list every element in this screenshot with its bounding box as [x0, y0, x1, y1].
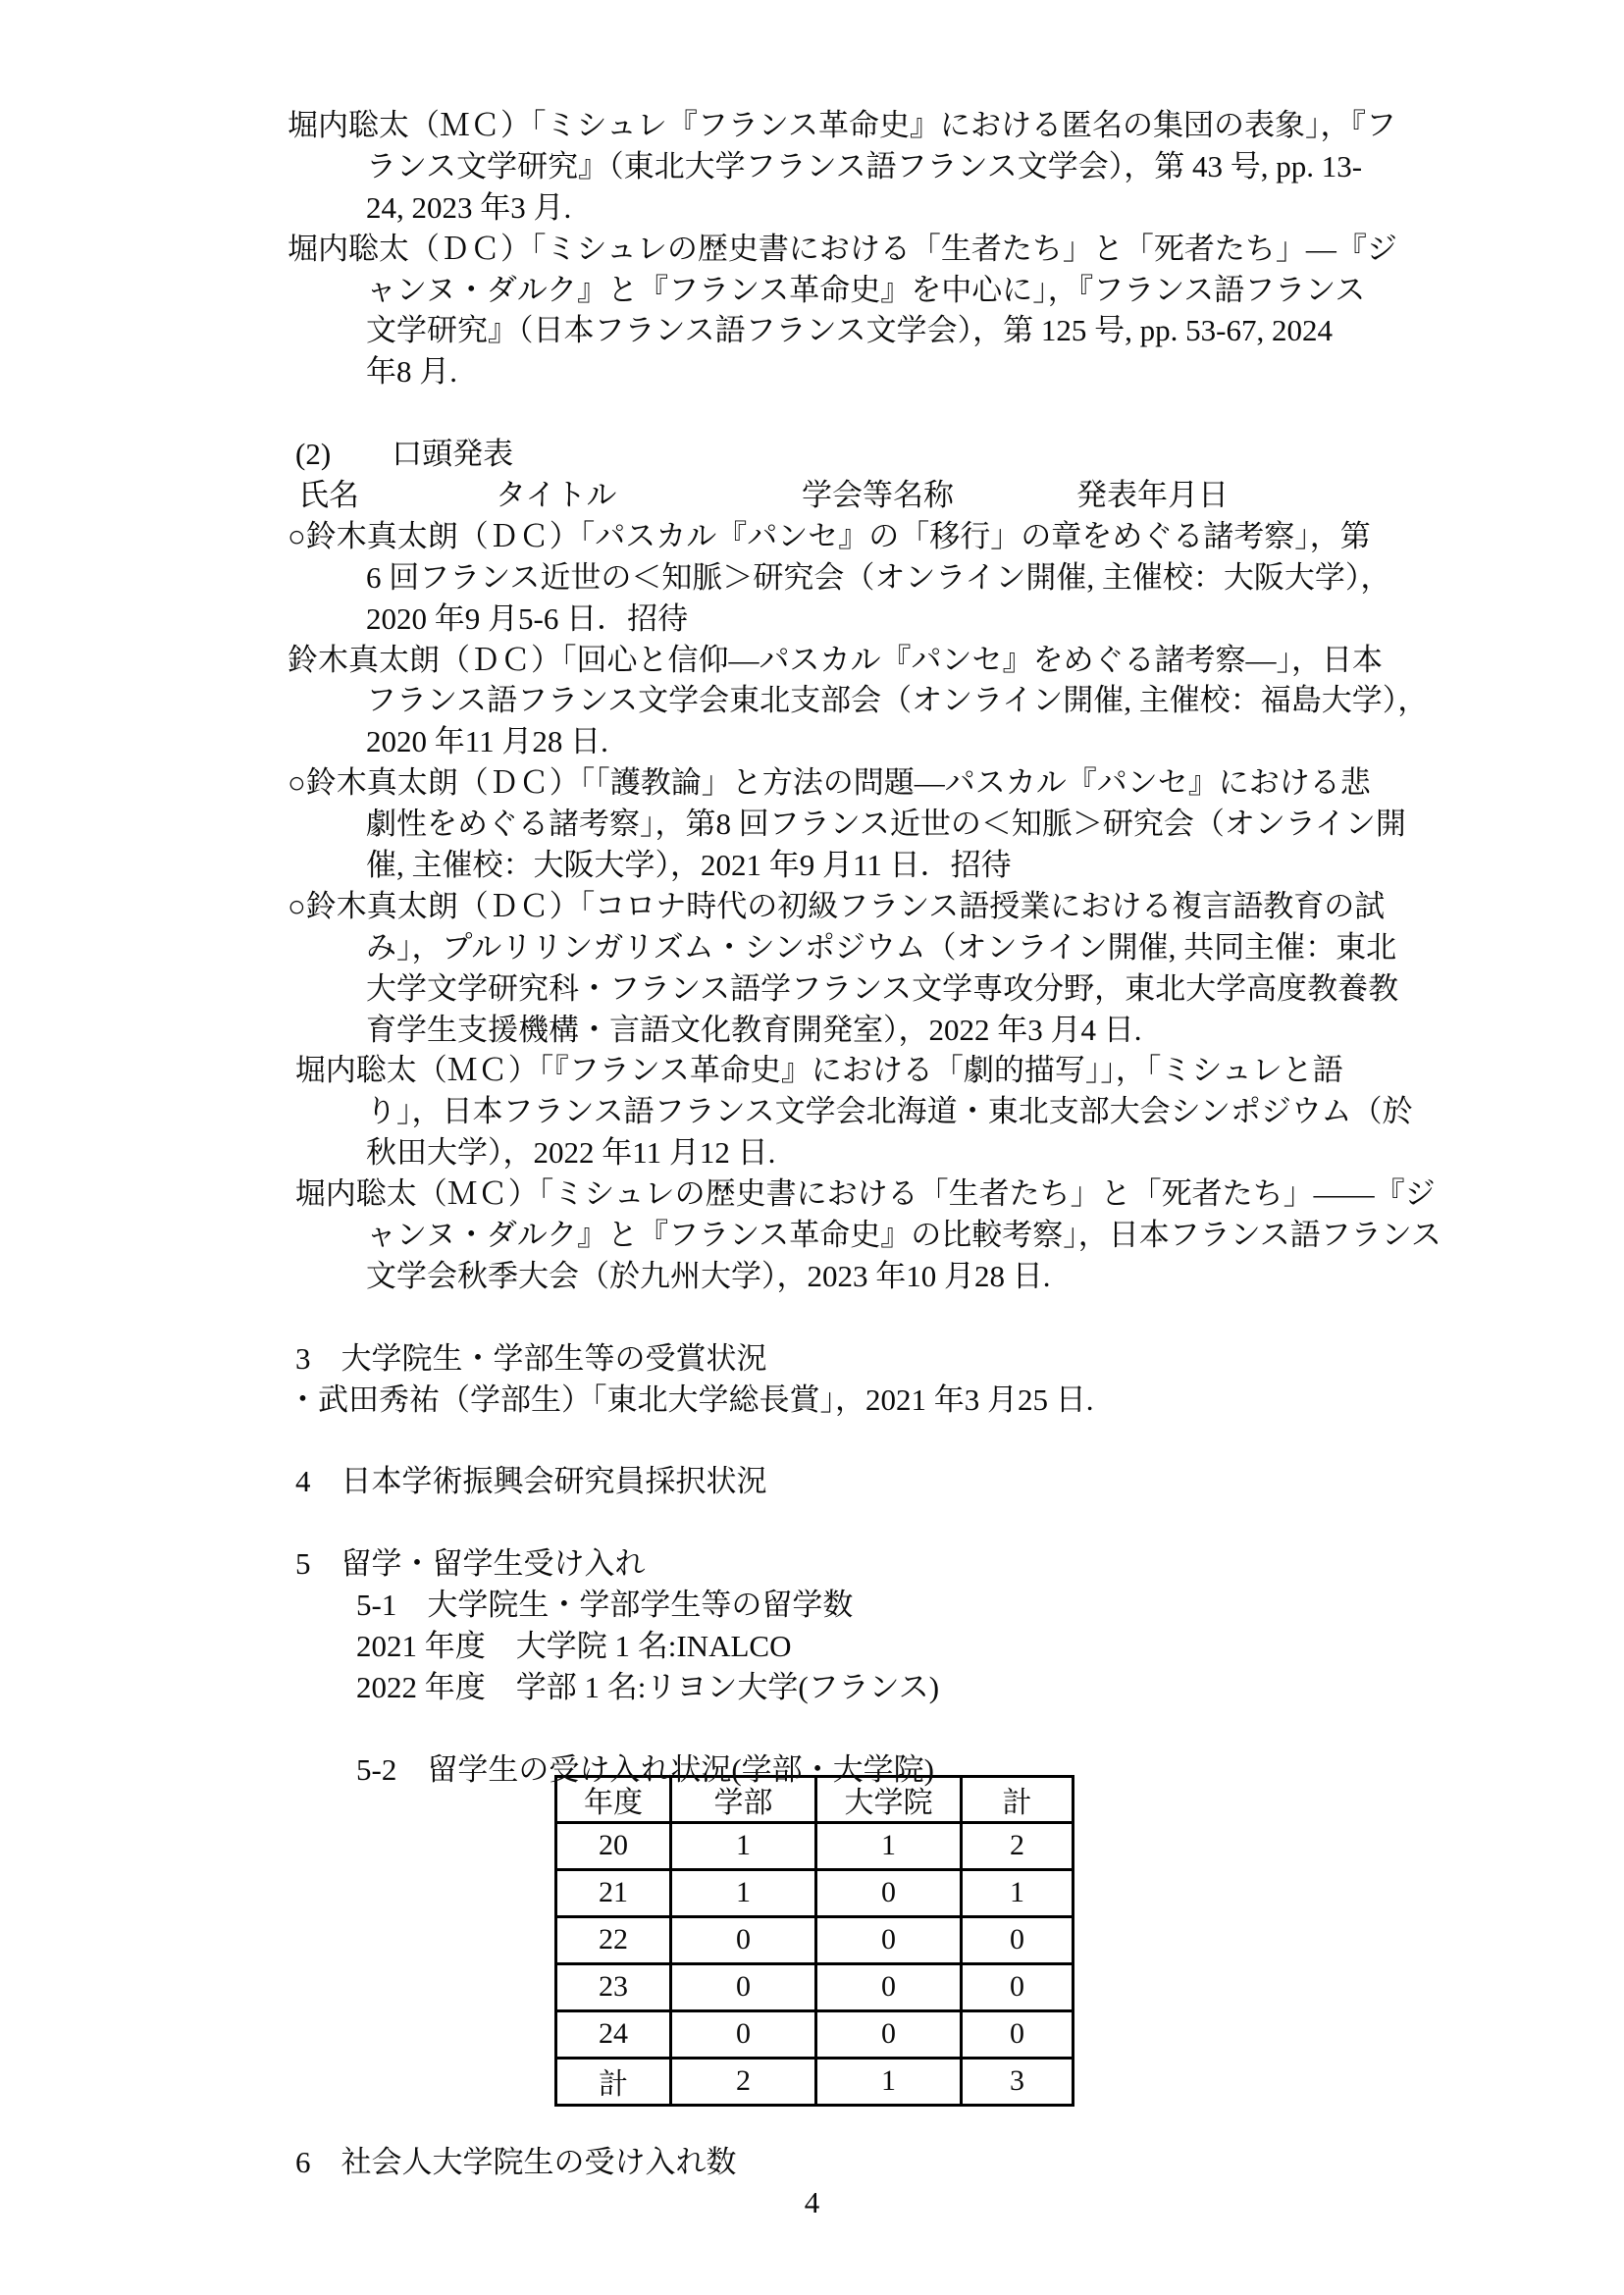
table-row: 21101 [556, 1869, 1074, 1916]
entry: 堀内聡太（ＭＣ）「ミシュレの歴史書における「生者たち」と「死者たち」——『ジャン… [0, 1174, 1624, 1297]
table-cell: 0 [671, 1963, 816, 2010]
entry: ○鈴木真太朗（ＤＣ）「「護教論」と方法の問題―パスカル『パンセ』における悲劇性を… [0, 762, 1624, 886]
table-cell: 23 [556, 1963, 671, 2010]
oral-section-heading: (2) 口頭発表 [295, 434, 1624, 475]
text-line: 文学会秋季大会（於九州大学），2023 年10 月28 日. [366, 1256, 1624, 1297]
table-row: 24000 [556, 2010, 1074, 2058]
table-cell: 0 [962, 1916, 1074, 1963]
text-line: ○鈴木真太朗（ＤＣ）「パスカル『パンセ』の「移行」の章をめぐる諸考察」，第 [288, 516, 1624, 557]
scanned-document-page: { "page": { "number": "4" }, "publicatio… [0, 0, 1624, 2295]
text-line: ランス文学研究』（東北大学フランス語フランス文学会），第 43 号, pp. 1… [366, 146, 1624, 187]
text-line: 鈴木真太朗（ＤＣ）「回心と信仰―パスカル『パンセ』をめぐる諸考察―」，日本 [288, 640, 1624, 681]
entry: 堀内聡太（ＭＣ）「ミシュレ『フランス革命史』における匿名の集団の表象」，『フラン… [0, 105, 1624, 229]
table-cell: 1 [962, 1869, 1074, 1916]
text-line: 劇性をめぐる諸考察」，第8 回フランス近世の＜知脈＞研究会（オンライン開 [366, 804, 1624, 845]
text-line: 秋田大学），2022 年11 月12 日. [366, 1132, 1624, 1174]
table-cell: 1 [671, 1869, 816, 1916]
table-cell: 0 [816, 2010, 962, 2058]
text-line: 24, 2023 年3 月. [366, 187, 1624, 229]
text-line: 2020 年9 月5-6 日．招待 [366, 599, 1624, 640]
table-cell: 0 [816, 1869, 962, 1916]
study-abroad-heading: 5 留学・留学生受け入れ [295, 1543, 1624, 1585]
entry: 堀内聡太（ＭＣ）「『フランス革命史』における「劇的描写」」，「ミシュレと語り」，… [0, 1050, 1624, 1174]
spacer [0, 1297, 1624, 1338]
table-row: 計213 [556, 2058, 1074, 2105]
study-abroad-sub1-heading: 5-1 大学院生・学部学生等の留学数 [356, 1585, 1624, 1626]
text-line: ○鈴木真太朗（ＤＣ）「「護教論」と方法の問題―パスカル『パンセ』における悲 [288, 762, 1624, 804]
study-abroad-year-line-2021: 2021 年度 大学院 1 名:INALCO [356, 1626, 1624, 1667]
text-line: 育学生支援機構・言語文化教育開発室），2022 年3 月4 日. [366, 1010, 1624, 1051]
table-cell: 0 [962, 1963, 1074, 2010]
table-cell: 0 [816, 1916, 962, 1963]
column-label-date: 発表年月日 [1076, 475, 1229, 516]
table-row: 22000 [556, 1916, 1074, 1963]
text-line: 6 回フランス近世の＜知脈＞研究会（オンライン開催, 主催校：大阪大学）， [366, 557, 1624, 599]
acceptance-table: 年度学部大学院計 2011221101220002300024000計213 [554, 1775, 1074, 2107]
working-adults-heading: 6 社会人大学院生の受け入れ数 [295, 2142, 1624, 2183]
spacer [0, 1502, 1624, 1543]
document-body: 堀内聡太（ＭＣ）「ミシュレ『フランス革命史』における匿名の集団の表象」，『フラン… [0, 105, 1624, 2223]
entry: ○鈴木真太朗（ＤＣ）「パスカル『パンセ』の「移行」の章をめぐる諸考察」，第6 回… [0, 516, 1624, 640]
table-cell: 0 [962, 2010, 1074, 2058]
text-line: フランス語フランス文学会東北支部会（オンライン開催, 主催校：福島大学）， [366, 680, 1624, 721]
entry: 鈴木真太朗（ＤＣ）「回心と信仰―パスカル『パンセ』をめぐる諸考察―」，日本フラン… [0, 640, 1624, 763]
text-line: 堀内聡太（ＭＣ）「ミシュレ『フランス革命史』における匿名の集団の表象」，『フ [288, 105, 1624, 146]
spacer [0, 1421, 1624, 1462]
table-row: 23000 [556, 1963, 1074, 2010]
table-cell: 計 [556, 2058, 671, 2105]
text-line: み」，プルリリンガリズム・シンポジウム（オンライン開催, 共同主催：東北 [366, 927, 1624, 968]
oral-entries-list: ○鈴木真太朗（ＤＣ）「パスカル『パンセ』の「移行」の章をめぐる諸考察」，第6 回… [0, 516, 1624, 1297]
text-line: 年8 月. [366, 351, 1624, 392]
table-header-cell: 計 [962, 1776, 1074, 1822]
text-line: 催, 主催校：大阪大学），2021 年9 月11 日．招待 [366, 845, 1624, 886]
column-label-title: タイトル [496, 475, 616, 516]
text-line: 堀内聡太（ＭＣ）「ミシュレの歴史書における「生者たち」と「死者たち」——『ジ [288, 1174, 1624, 1215]
text-line: ャンヌ・ダルク』と『フランス革命史』の比較考察」，日本フランス語フランス [366, 1215, 1624, 1256]
table-cell: 22 [556, 1916, 671, 1963]
table-cell: 1 [816, 2058, 962, 2105]
oral-columns-header: 氏名 タイトル 学会等名称 発表年月日 [0, 475, 1624, 516]
awards-item: ・武田秀祐（学部生）「東北大学総長賞」，2021 年3 月25 日. [288, 1380, 1624, 1421]
table-cell: 21 [556, 1869, 671, 1916]
spacer [0, 1708, 1624, 1749]
table-cell: 1 [816, 1822, 962, 1869]
table-cell: 24 [556, 2010, 671, 2058]
column-label-conference: 学会等名称 [802, 475, 954, 516]
table-cell: 2 [962, 1822, 1074, 1869]
table-cell: 0 [671, 1916, 816, 1963]
spacer [0, 392, 1624, 434]
text-line: 大学文学研究科・フランス語学フランス文学専攻分野，東北大学高度教養教 [366, 968, 1624, 1010]
text-line: ○鈴木真太朗（ＤＣ）「コロナ時代の初級フランス語授業における複言語教育の試 [288, 886, 1624, 927]
text-line: 堀内聡太（ＤＣ）「ミシュレの歴史書における「生者たち」と「死者たち」―『ジ [288, 229, 1624, 270]
table-row: 20112 [556, 1822, 1074, 1869]
table-cell: 0 [671, 2010, 816, 2058]
entry: ○鈴木真太朗（ＤＣ）「コロナ時代の初級フランス語授業における複言語教育の試み」，… [0, 886, 1624, 1051]
text-line: ャンヌ・ダルク』と『フランス革命史』を中心に」，『フランス語フランス [366, 270, 1624, 311]
text-line: 堀内聡太（ＭＣ）「『フランス革命史』における「劇的描写」」，「ミシュレと語 [288, 1050, 1624, 1091]
column-label-name: 氏名 [298, 475, 359, 516]
page-number: 4 [0, 2182, 1624, 2223]
text-line: 文学研究』（日本フランス語フランス文学会），第 125 号, pp. 53-67… [366, 310, 1624, 351]
table-cell: 0 [816, 1963, 962, 2010]
table-cell: 20 [556, 1822, 671, 1869]
text-line: 2020 年11 月28 日. [366, 721, 1624, 762]
table-body: 2011221101220002300024000計213 [556, 1822, 1074, 2105]
table-cell: 2 [671, 2058, 816, 2105]
publications-list: 堀内聡太（ＭＣ）「ミシュレ『フランス革命史』における匿名の集団の表象」，『フラン… [0, 105, 1624, 392]
table-cell: 1 [671, 1822, 816, 1869]
jsps-heading: 4 日本学術振興会研究員採択状況 [295, 1461, 1624, 1502]
awards-heading: 3 大学院生・学部生等の受賞状況 [295, 1338, 1624, 1380]
text-line: り」，日本フランス語フランス文学会北海道・東北支部大会シンポジウム（於 [366, 1091, 1624, 1132]
table-cell: 3 [962, 2058, 1074, 2105]
entry: 堀内聡太（ＤＣ）「ミシュレの歴史書における「生者たち」と「死者たち」―『ジャンヌ… [0, 229, 1624, 393]
study-abroad-year-line-2022: 2022 年度 学部 1 名:リヨン大学(フランス) [356, 1667, 1624, 1708]
